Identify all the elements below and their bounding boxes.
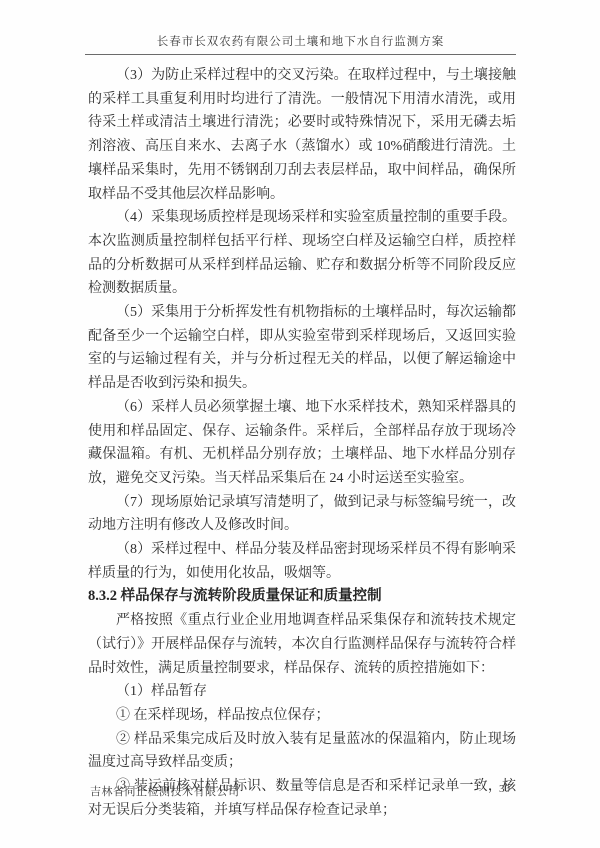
section-heading-8-3-2: 8.3.2 样品保存与流转阶段质量保证和质量控制	[88, 585, 516, 609]
paragraph-6: （6）采样人员必须掌握土壤、地下水采样技术，熟知采样器具的使用和样品固定、保存、…	[88, 396, 516, 491]
document-body: （3）为防止采样过程中的交叉污染。在取样过程中，与土壤接触的采样工具重复利用时均…	[88, 64, 516, 823]
document-page: 长春市长双农药有限公司土壤和地下水自行监测方案 （3）为防止采样过程中的交叉污染…	[0, 0, 600, 848]
footer-company-name: 吉林省同正检测技术有限公司	[90, 783, 240, 799]
footer-page-number: 30	[499, 783, 510, 795]
paragraph-3: （3）为防止采样过程中的交叉污染。在取样过程中，与土壤接触的采样工具重复利用时均…	[88, 64, 516, 206]
paragraph-sample-storage-title: （1）样品暂存	[88, 680, 516, 704]
page-header-title: 长春市长双农药有限公司土壤和地下水自行监测方案	[85, 33, 516, 55]
list-item-1: ① 在采样现场，样品按点位保存；	[88, 704, 516, 728]
paragraph-5: （5）采集用于分析挥发性有机物指标的土壤样品时，每次运输都配备至少一个运输空白样…	[88, 301, 516, 396]
list-item-2: ② 样品采集完成后及时放入装有足量蓝冰的保温箱内，防止现场温度过高导致样品变质；	[88, 728, 516, 775]
paragraph-7: （7）现场原始记录填写清楚明了，做到记录与标签编号统一，改动地方注明有修改人及修…	[88, 491, 516, 538]
paragraph-8: （8）采样过程中、样品分装及样品密封现场采样员不得有影响采样质量的行为，如使用化…	[88, 538, 516, 585]
paragraph-intro-832: 严格按照《重点行业企业用地调查样品采集保存和流转技术规定（试行）》开展样品保存与…	[88, 609, 516, 680]
paragraph-4: （4）采集现场质控样是现场采样和实验室质量控制的重要手段。本次监测质量控制样包括…	[88, 206, 516, 301]
